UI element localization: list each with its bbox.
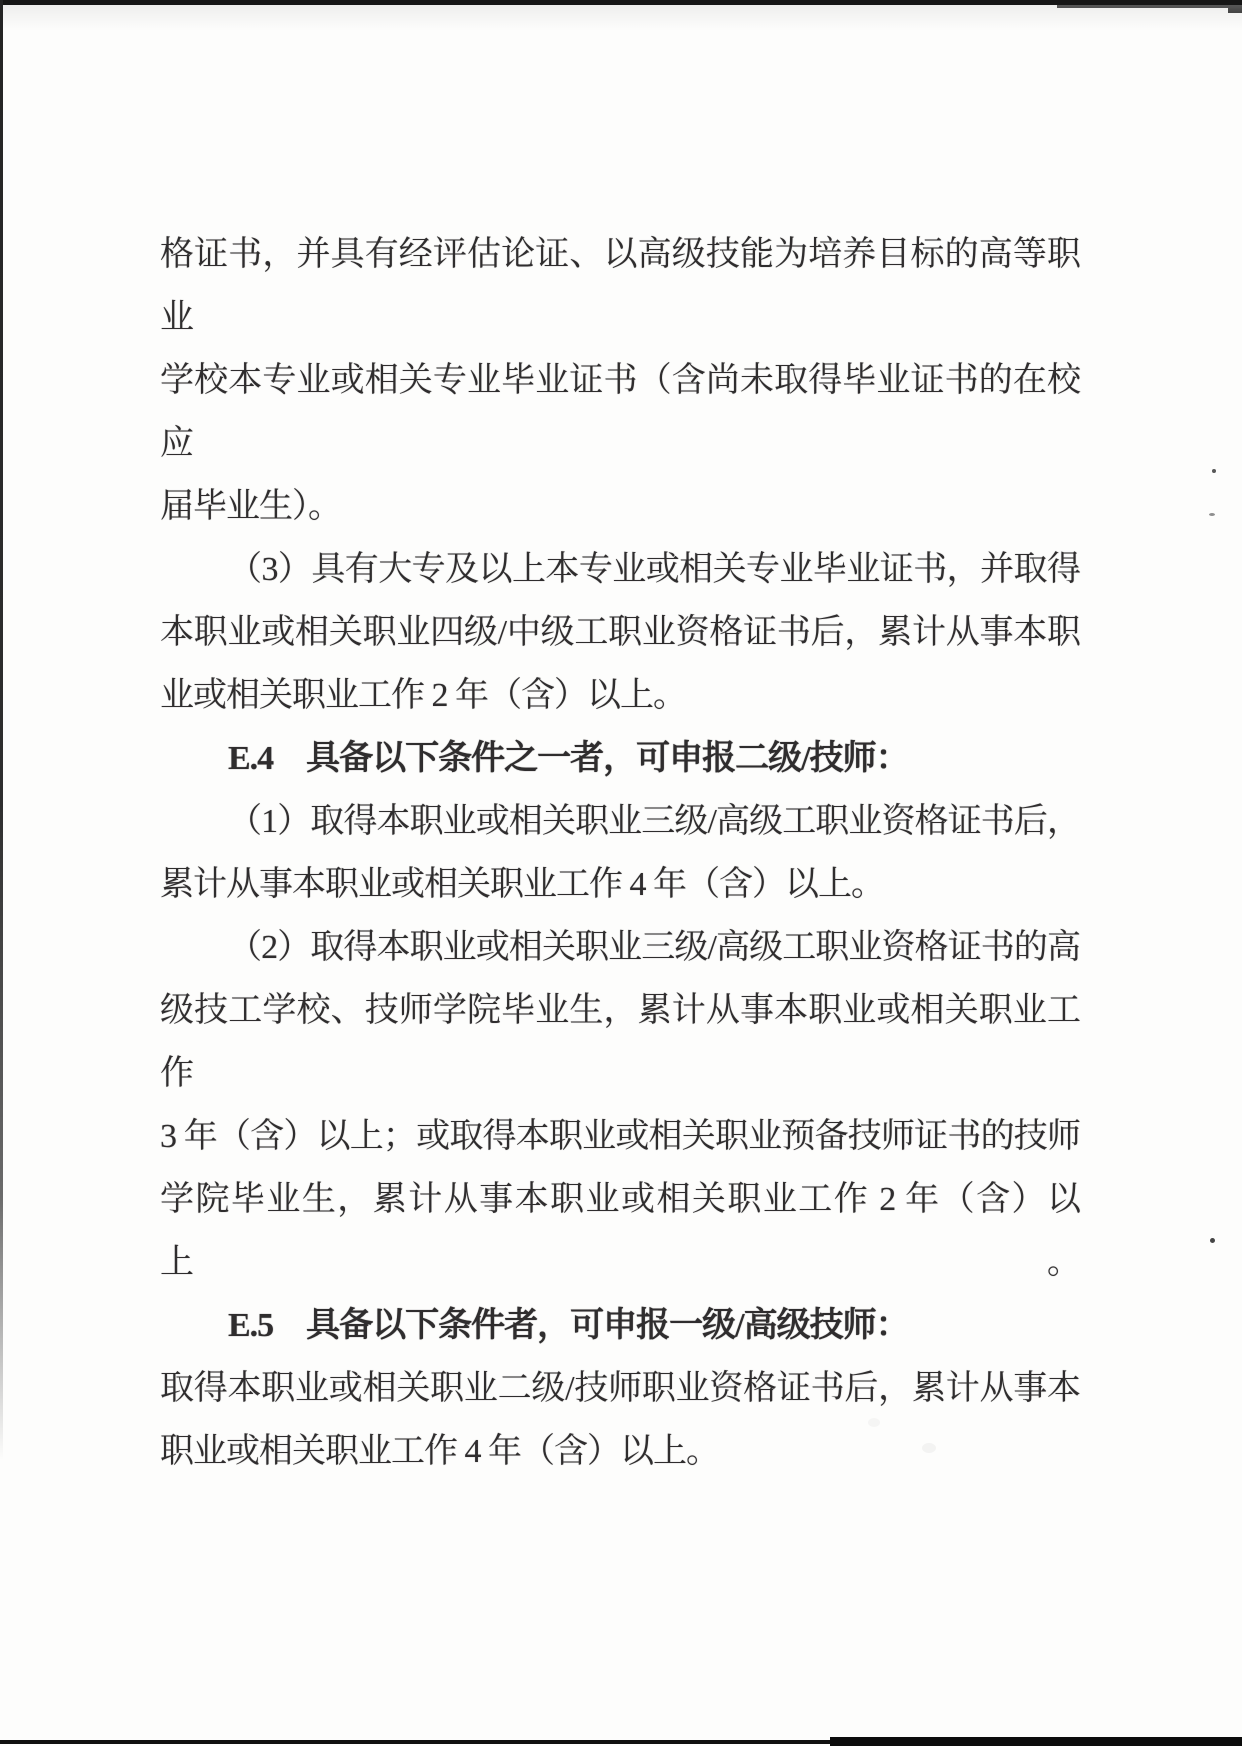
text-line: 职业或相关职业工作 4 年（含）以上。	[160, 1420, 1080, 1483]
scan-speck	[922, 1443, 936, 1453]
text-line: 级技工学校、技师学院毕业生，累计从事本职业或相关职业工作	[160, 979, 1080, 1105]
text-line: 学校本专业或相关专业毕业证书（含尚未取得毕业证书的在校应	[160, 349, 1080, 475]
text-line: 3 年（含）以上；或取得本职业或相关职业预备技师证书的技师	[160, 1105, 1080, 1168]
text-line: （1）取得本职业或相关职业三级/高级工职业资格证书后，	[160, 790, 1080, 853]
text-line: 格证书，并具有经评估论证、以高级技能为培养目标的高等职业	[160, 223, 1080, 349]
scan-speck	[868, 1418, 880, 1427]
heading-line: E.4 具备以下条件之一者，可申报二级/技师：	[160, 727, 1080, 790]
text-line: 累计从事本职业或相关职业工作 4 年（含）以上。	[160, 853, 1080, 916]
heading-line: E.5 具备以下条件者，可申报一级/高级技师：	[160, 1294, 1080, 1357]
text-line: 取得本职业或相关职业二级/技师职业资格证书后，累计从事本	[160, 1357, 1080, 1420]
scan-speck	[1209, 513, 1215, 516]
scan-edge-bottom-right	[830, 1737, 1242, 1746]
scan-edge-left	[0, 0, 3, 1460]
scan-speck	[1212, 469, 1216, 473]
text-line: 本职业或相关职业四级/中级工职业资格证书后，累计从事本职	[160, 601, 1080, 664]
scan-speck	[1210, 1238, 1215, 1243]
text-line: （2）取得本职业或相关职业三级/高级工职业资格证书的高	[160, 916, 1080, 979]
scan-edge-bottom-left	[0, 1740, 830, 1744]
text-line: （3）具有大专及以上本专业或相关专业毕业证书，并取得	[160, 538, 1080, 601]
text-line: 学院毕业生，累计从事本职业或相关职业工作 2 年（含）以上。	[160, 1168, 1080, 1294]
document-page: 格证书，并具有经评估论证、以高级技能为培养目标的高等职业学校本专业或相关专业毕业…	[0, 0, 1242, 1746]
document-text-block: 格证书，并具有经评估论证、以高级技能为培养目标的高等职业学校本专业或相关专业毕业…	[160, 223, 1080, 1483]
scan-shading	[0, 5, 1242, 31]
text-line: 业或相关职业工作 2 年（含）以上。	[160, 664, 1080, 727]
text-line: 届毕业生）。	[160, 475, 1080, 538]
